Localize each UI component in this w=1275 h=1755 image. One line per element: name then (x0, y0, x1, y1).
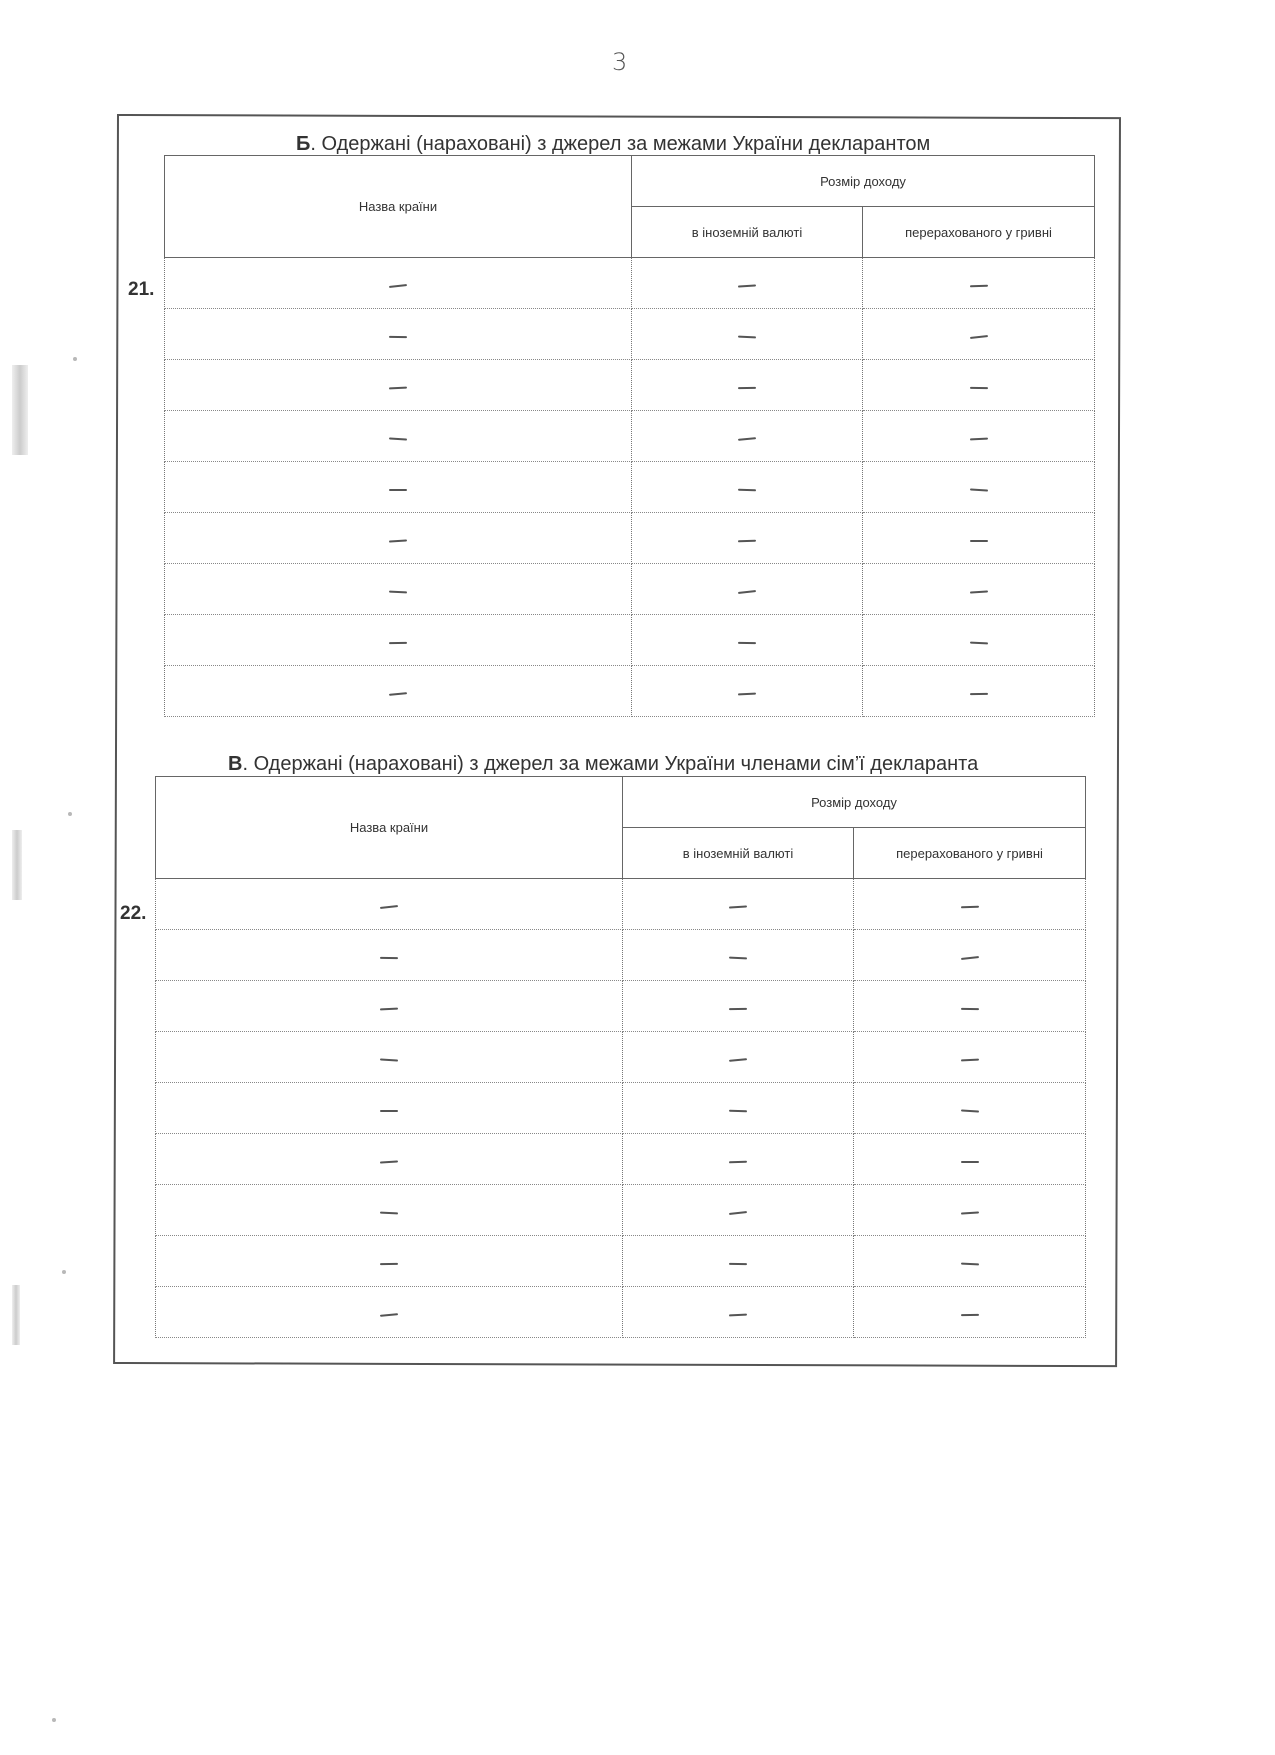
cell-country (165, 666, 632, 717)
header-income-size: Розмір доходу (623, 777, 1086, 828)
handwritten-dash (969, 438, 987, 441)
table-row (165, 462, 1095, 513)
handwritten-dash (729, 1263, 747, 1265)
cell-foreign-currency (632, 666, 863, 717)
handwritten-dash (380, 1110, 398, 1112)
cell-country (156, 1083, 623, 1134)
header-country-name: Назва країни (165, 156, 632, 258)
cell-foreign-currency (632, 258, 863, 309)
cell-hryvnia (854, 1134, 1086, 1185)
table-row (156, 930, 1086, 981)
cell-foreign-currency (632, 615, 863, 666)
row-number-21: 21. (128, 279, 154, 301)
section-v-title: В. Одержані (нараховані) з джерел за меж… (228, 753, 978, 776)
handwritten-dash (960, 1059, 978, 1062)
scan-artifact (12, 830, 22, 900)
row-number-22: 22. (120, 903, 146, 925)
handwritten-dash (729, 1008, 747, 1010)
table-row (165, 513, 1095, 564)
cell-hryvnia (863, 564, 1095, 615)
section-b-letter: Б (296, 133, 310, 155)
handwritten-dash (389, 539, 407, 542)
handwritten-dash (380, 1212, 398, 1215)
handwritten-dash (380, 1058, 398, 1061)
cell-foreign-currency (623, 1134, 854, 1185)
handwritten-dash (738, 489, 756, 492)
handwritten-dash (380, 957, 398, 959)
section-b-title: Б. Одержані (нараховані) з джерел за меж… (296, 133, 930, 156)
handwritten-dash (729, 905, 747, 908)
handwritten-dash (960, 956, 978, 960)
table-income-declarant: Назва країни Розмір доходу в іноземній в… (164, 155, 1095, 717)
handwritten-dash (960, 1008, 978, 1010)
cell-hryvnia (854, 981, 1086, 1032)
handwritten-dash (738, 336, 756, 339)
header-income-size: Розмір доходу (632, 156, 1095, 207)
cell-country (156, 981, 623, 1032)
handwritten-dash (969, 285, 987, 288)
handwritten-dash (389, 692, 407, 696)
cell-hryvnia (854, 1032, 1086, 1083)
table-row (165, 309, 1095, 360)
handwritten-dash (389, 591, 407, 594)
cell-hryvnia (863, 462, 1095, 513)
cell-hryvnia (854, 879, 1086, 930)
cell-foreign-currency (623, 1236, 854, 1287)
table-row (156, 1083, 1086, 1134)
cell-hryvnia (863, 309, 1095, 360)
handwritten-dash (380, 1008, 398, 1011)
table-row (156, 1185, 1086, 1236)
handwritten-dash (960, 1211, 978, 1214)
handwritten-dash (969, 642, 987, 645)
handwritten-dash (961, 1161, 979, 1163)
table-row (165, 666, 1095, 717)
cell-country (165, 411, 632, 462)
table-row (165, 564, 1095, 615)
cell-country (156, 1287, 623, 1338)
handwritten-dash (738, 284, 756, 287)
table-row (165, 615, 1095, 666)
handwritten-dash (729, 1161, 747, 1164)
cell-foreign-currency (632, 513, 863, 564)
table-row (156, 879, 1086, 930)
handwritten-dash (969, 488, 987, 491)
cell-country (156, 930, 623, 981)
handwritten-dash (729, 1110, 747, 1113)
handwritten-dash (389, 387, 407, 390)
handwritten-dash (969, 590, 987, 593)
cell-foreign-currency (623, 1185, 854, 1236)
handwritten-dash (960, 1263, 978, 1266)
scan-speck (73, 357, 77, 361)
cell-country (165, 615, 632, 666)
table-row (156, 1134, 1086, 1185)
cell-hryvnia (854, 1185, 1086, 1236)
cell-hryvnia (863, 513, 1095, 564)
cell-country (165, 564, 632, 615)
handwritten-dash (729, 1314, 747, 1317)
cell-country (165, 462, 632, 513)
cell-country (156, 1032, 623, 1083)
handwritten-dash (389, 284, 407, 288)
handwritten-dash (738, 590, 756, 594)
handwritten-dash (380, 1313, 398, 1317)
scan-speck (68, 812, 72, 816)
cell-foreign-currency (632, 309, 863, 360)
handwritten-dash (969, 693, 987, 695)
cell-foreign-currency (623, 981, 854, 1032)
cell-country (165, 309, 632, 360)
cell-hryvnia (863, 666, 1095, 717)
section-b-title-text: . Одержані (нараховані) з джерел за межа… (310, 133, 930, 155)
header-country-name: Назва країни (156, 777, 623, 879)
cell-hryvnia (863, 258, 1095, 309)
cell-country (165, 360, 632, 411)
section-v-title-text: . Одержані (нараховані) з джерел за межа… (242, 753, 978, 775)
cell-hryvnia (854, 1236, 1086, 1287)
table-row (165, 258, 1095, 309)
scan-speck (52, 1718, 56, 1722)
cell-country (156, 1134, 623, 1185)
table-row (165, 360, 1095, 411)
cell-country (165, 513, 632, 564)
cell-foreign-currency (623, 1083, 854, 1134)
handwritten-dash (729, 1211, 747, 1215)
handwritten-dash (380, 1160, 398, 1163)
cell-hryvnia (863, 360, 1095, 411)
cell-foreign-currency (632, 411, 863, 462)
table-row (156, 1287, 1086, 1338)
handwritten-dash (729, 1058, 747, 1062)
handwritten-dash (389, 437, 407, 440)
cell-foreign-currency (632, 462, 863, 513)
scan-artifact (12, 1285, 20, 1345)
cell-foreign-currency (623, 1287, 854, 1338)
handwritten-dash (738, 387, 756, 389)
page-number: 3 (612, 48, 627, 76)
table-row (156, 1236, 1086, 1287)
table-row (165, 411, 1095, 462)
cell-hryvnia (863, 615, 1095, 666)
cell-hryvnia (863, 411, 1095, 462)
handwritten-dash (960, 1314, 978, 1316)
handwritten-dash (380, 1263, 398, 1265)
cell-country (156, 879, 623, 930)
handwritten-dash (380, 905, 398, 909)
handwritten-dash (960, 1109, 978, 1112)
cell-country (156, 1185, 623, 1236)
table-row (156, 981, 1086, 1032)
handwritten-dash (738, 693, 756, 696)
handwritten-dash (389, 489, 407, 491)
cell-country (156, 1236, 623, 1287)
handwritten-dash (729, 957, 747, 960)
handwritten-dash (969, 335, 987, 339)
scan-speck (62, 1270, 66, 1274)
section-v-letter: В (228, 753, 242, 775)
cell-foreign-currency (623, 879, 854, 930)
cell-country (165, 258, 632, 309)
cell-foreign-currency (632, 564, 863, 615)
table-income-family: Назва країни Розмір доходу в іноземній в… (155, 776, 1086, 1338)
header-foreign-currency: в іноземній валюті (632, 207, 863, 258)
handwritten-dash (969, 387, 987, 389)
scan-artifact (12, 365, 28, 455)
table-row (156, 1032, 1086, 1083)
cell-foreign-currency (623, 930, 854, 981)
handwritten-dash (389, 642, 407, 644)
handwritten-dash (970, 540, 988, 542)
cell-hryvnia (854, 1287, 1086, 1338)
cell-foreign-currency (623, 1032, 854, 1083)
handwritten-dash (738, 437, 756, 441)
header-in-hryvnia: перерахованого у гривні (854, 828, 1086, 879)
header-foreign-currency: в іноземній валюті (623, 828, 854, 879)
handwritten-dash (738, 540, 756, 543)
handwritten-dash (960, 906, 978, 909)
cell-foreign-currency (632, 360, 863, 411)
header-in-hryvnia: перерахованого у гривні (863, 207, 1095, 258)
handwritten-dash (738, 642, 756, 644)
cell-hryvnia (854, 930, 1086, 981)
cell-hryvnia (854, 1083, 1086, 1134)
handwritten-dash (389, 336, 407, 338)
